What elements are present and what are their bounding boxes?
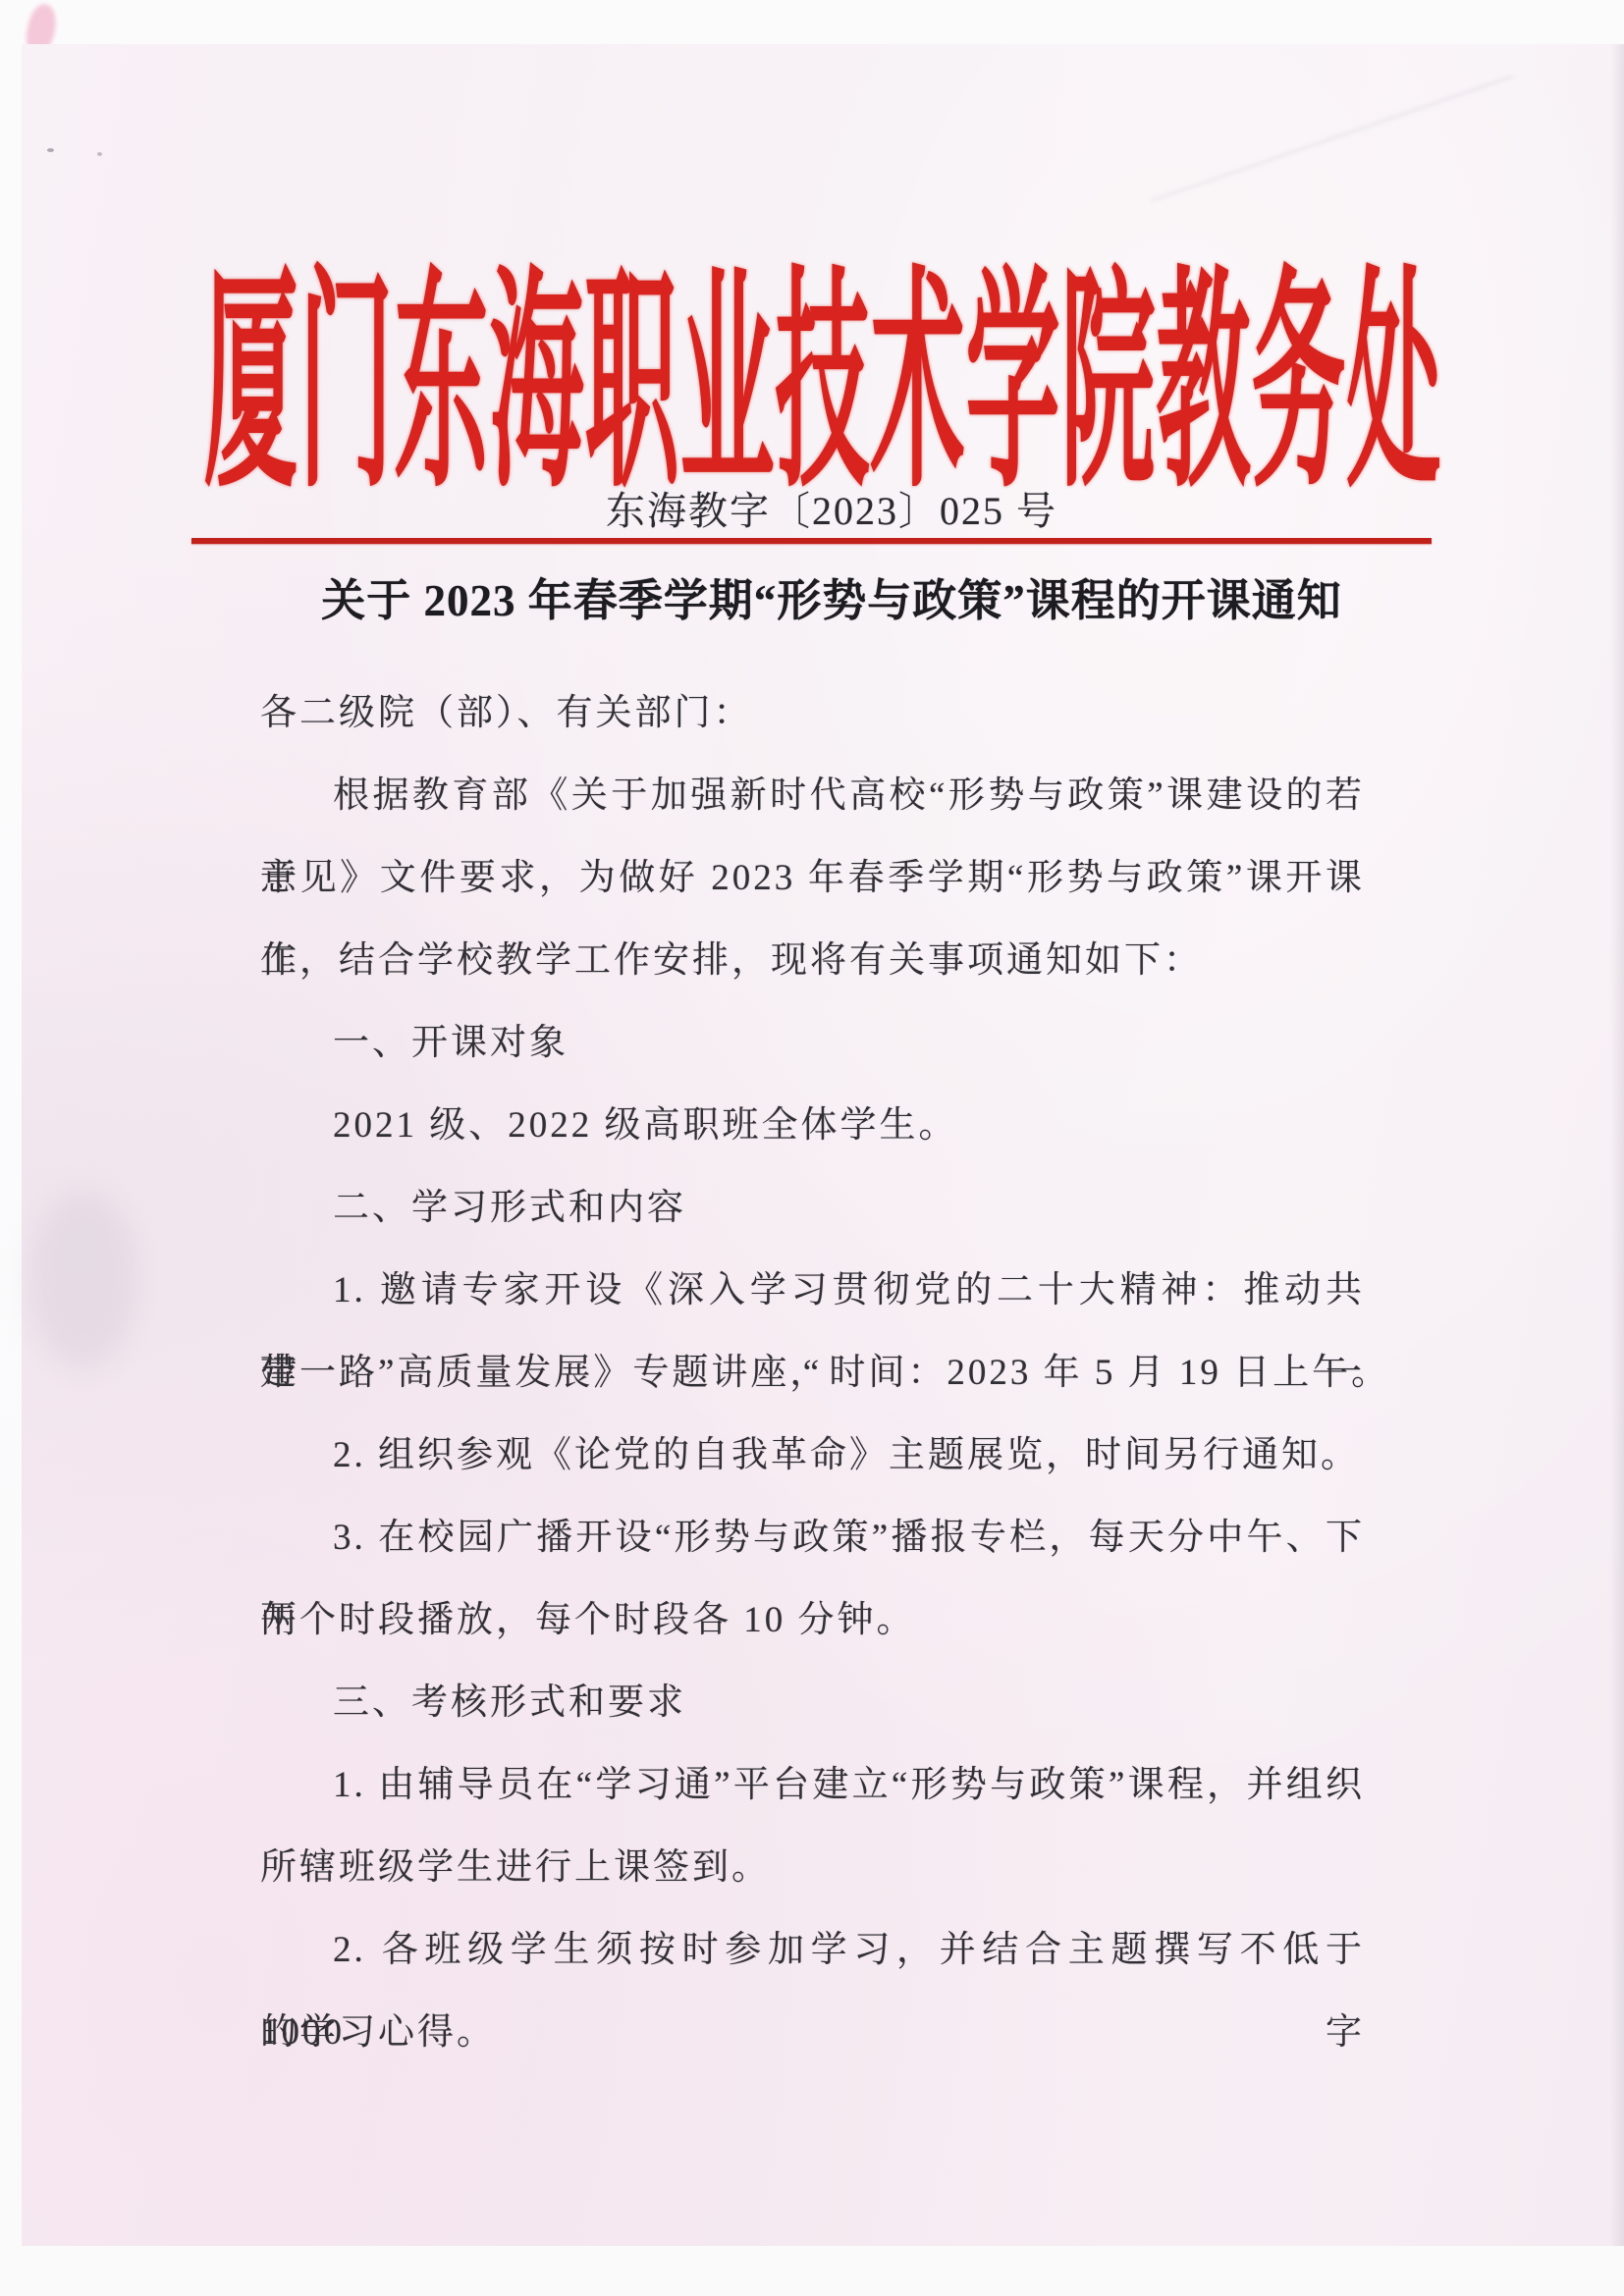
body-line: 2. 组织参观《论党的自我革命》主题展览，时间另行通知。 (260, 1415, 1365, 1497)
document-title: 关于 2023 年春季学期“形势与政策”课程的开课通知 (30, 564, 1624, 628)
body-line: 2. 各班级学生须按时参加学习，并结合主题撰写不低于 1000 字 (260, 1909, 1365, 1992)
scan-smudge (29, 1193, 137, 1369)
body-line: 根据教育部《关于加强新时代高校“形势与政策”课建设的若干 (260, 755, 1365, 837)
red-separator-line (191, 538, 1432, 544)
document-body: 各二级院（部）、有关部门：根据教育部《关于加强新时代高校“形势与政策”课建设的若… (260, 672, 1365, 2074)
body-line: 一、开课对象 (260, 1002, 1365, 1085)
body-line: 3. 在校园广播开设“形势与政策”播报专栏，每天分中午、下午 (260, 1497, 1365, 1579)
body-line: 两个时段播放，每个时段各 10 分钟。 (260, 1579, 1365, 1662)
body-line: 意见》文件要求，为做好 2023 年春季学期“形势与政策”课开课工 (260, 837, 1365, 920)
body-line: 2021 级、2022 级高职班全体学生。 (260, 1085, 1365, 1167)
dust-speck (47, 148, 54, 152)
dust-speck (97, 152, 102, 156)
body-line: 二、学习形式和内容 (260, 1167, 1365, 1250)
body-line: 带一路”高质量发展》专题讲座，时间：2023 年 5 月 19 日上午。 (260, 1332, 1365, 1415)
body-line: 各二级院（部）、有关部门： (260, 672, 1365, 755)
paper-crease (1151, 76, 1513, 202)
scanned-document-page: 厦门东海职业技术学院教务处 东海教字〔2023〕025 号 关于 2023 年春… (0, 0, 1624, 2296)
body-line: 1. 由辅导员在“学习通”平台建立“形势与政策”课程，并组织 (260, 1744, 1365, 1827)
body-line: 所辖班级学生进行上课签到。 (260, 1827, 1365, 1909)
body-line: 三、考核形式和要求 (260, 1662, 1365, 1744)
paper-sheet: 厦门东海职业技术学院教务处 东海教字〔2023〕025 号 关于 2023 年春… (22, 44, 1624, 2246)
body-line: 作，结合学校教学工作安排，现将有关事项通知如下： (260, 920, 1365, 1002)
document-number: 东海教字〔2023〕025 号 (30, 480, 1624, 536)
body-line: 1. 邀请专家开设《深入学习贯彻党的二十大精神：推动共建“一 (260, 1250, 1365, 1332)
